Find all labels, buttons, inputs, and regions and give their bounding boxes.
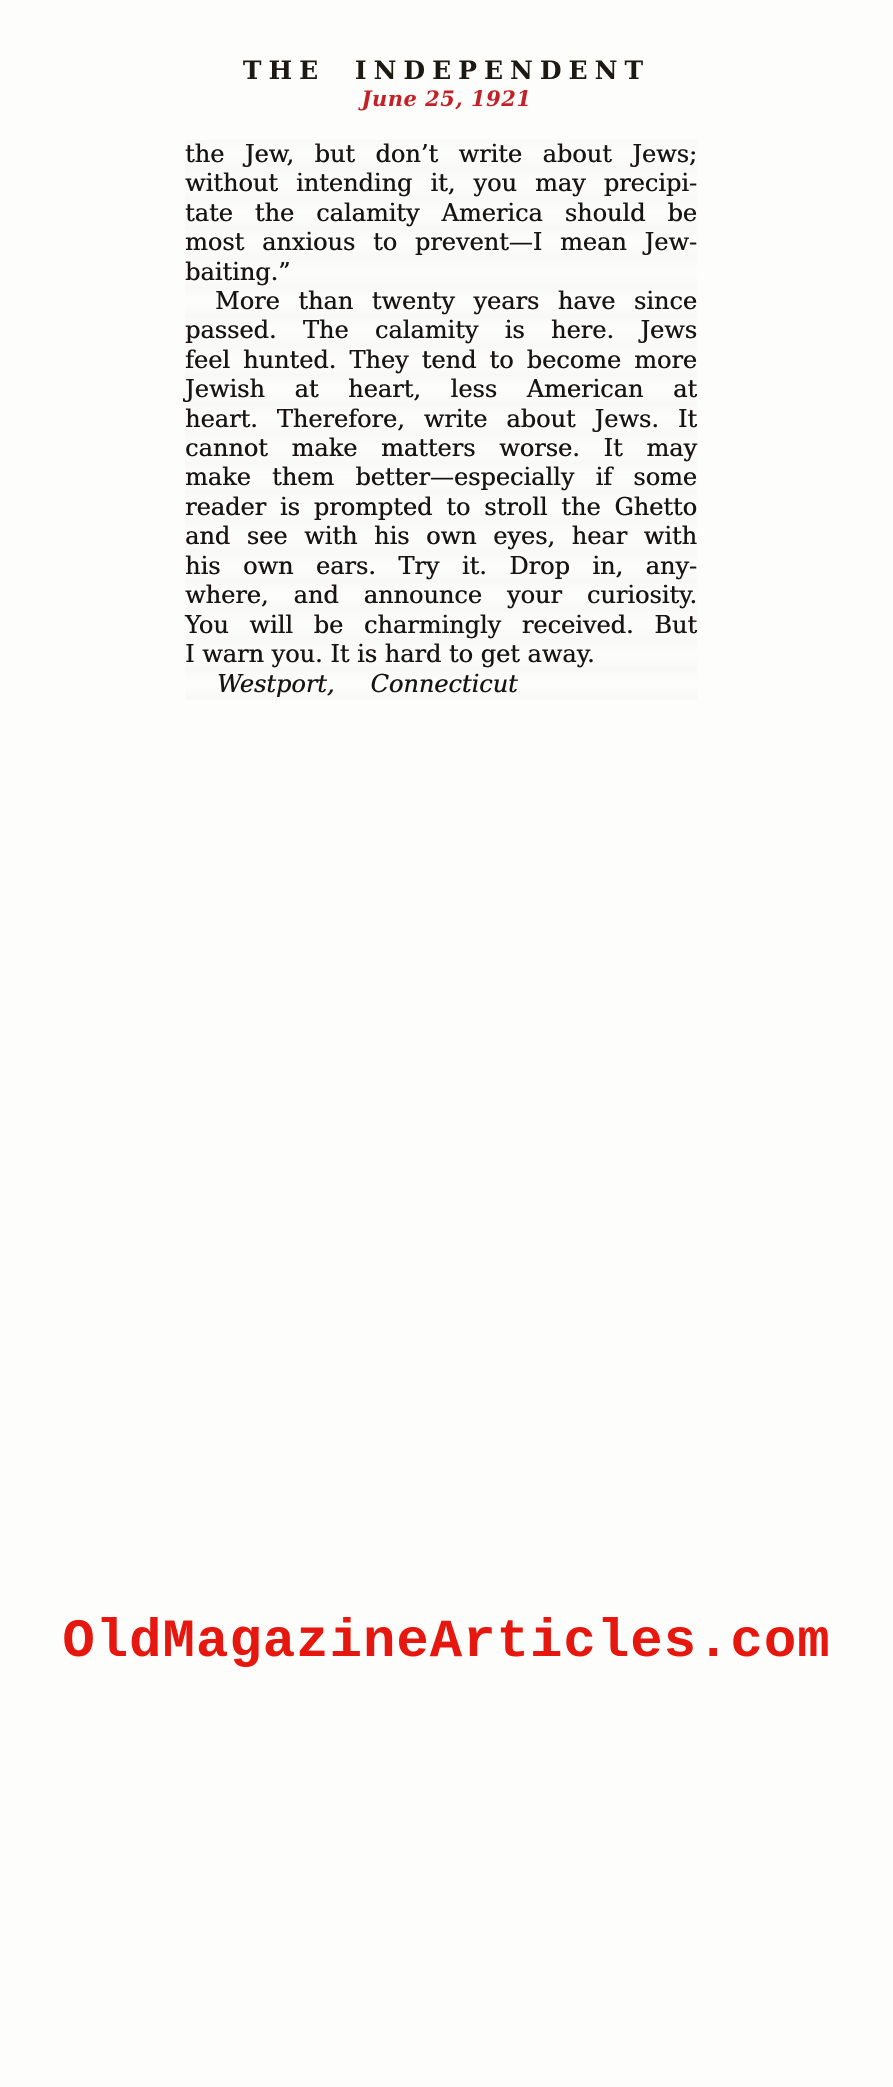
article-line: make them better—especially if some: [185, 463, 697, 492]
article-line: reader is prompted to stroll the Ghetto: [185, 493, 697, 522]
article-line: without intending it, you may precipi-: [185, 169, 697, 198]
article-signature: Westport,Connecticut: [185, 670, 697, 699]
article-line: passed. The calamity is here. Jews: [185, 316, 697, 345]
article-body: the Jew, but don’t write about Jews;with…: [185, 140, 697, 700]
article-line: baiting.”: [185, 258, 697, 287]
scanned-page: THE INDEPENDENT June 25, 1921 the Jew, b…: [0, 0, 893, 2087]
signature-state: Connecticut: [370, 670, 517, 698]
article-line: More than twenty years have since: [185, 287, 697, 316]
publication-title: THE INDEPENDENT: [0, 56, 893, 85]
article-lines: the Jew, but don’t write about Jews;with…: [185, 140, 697, 669]
article-line: where, and announce your curiosity.: [185, 581, 697, 610]
article-line: his own ears. Try it. Drop in, any-: [185, 552, 697, 581]
article-line: heart. Therefore, write about Jews. It: [185, 405, 697, 434]
article-line: Jewish at heart, less American at: [185, 375, 697, 404]
article-line: tate the calamity America should be: [185, 199, 697, 228]
article-line: feel hunted. They tend to become more: [185, 346, 697, 375]
article-line: You will be charmingly received. But: [185, 611, 697, 640]
article-line: cannot make matters worse. It may: [185, 434, 697, 463]
article-line: I warn you. It is hard to get away.: [185, 640, 697, 669]
article-line: the Jew, but don’t write about Jews;: [185, 140, 697, 169]
article-line: and see with his own eyes, hear with: [185, 522, 697, 551]
signature-place: Westport,: [217, 670, 334, 698]
watermark-site-name: OldMagazineArticles.com: [0, 1612, 893, 1673]
issue-date: June 25, 1921: [0, 86, 893, 111]
article-line: most anxious to prevent—I mean Jew-: [185, 228, 697, 257]
